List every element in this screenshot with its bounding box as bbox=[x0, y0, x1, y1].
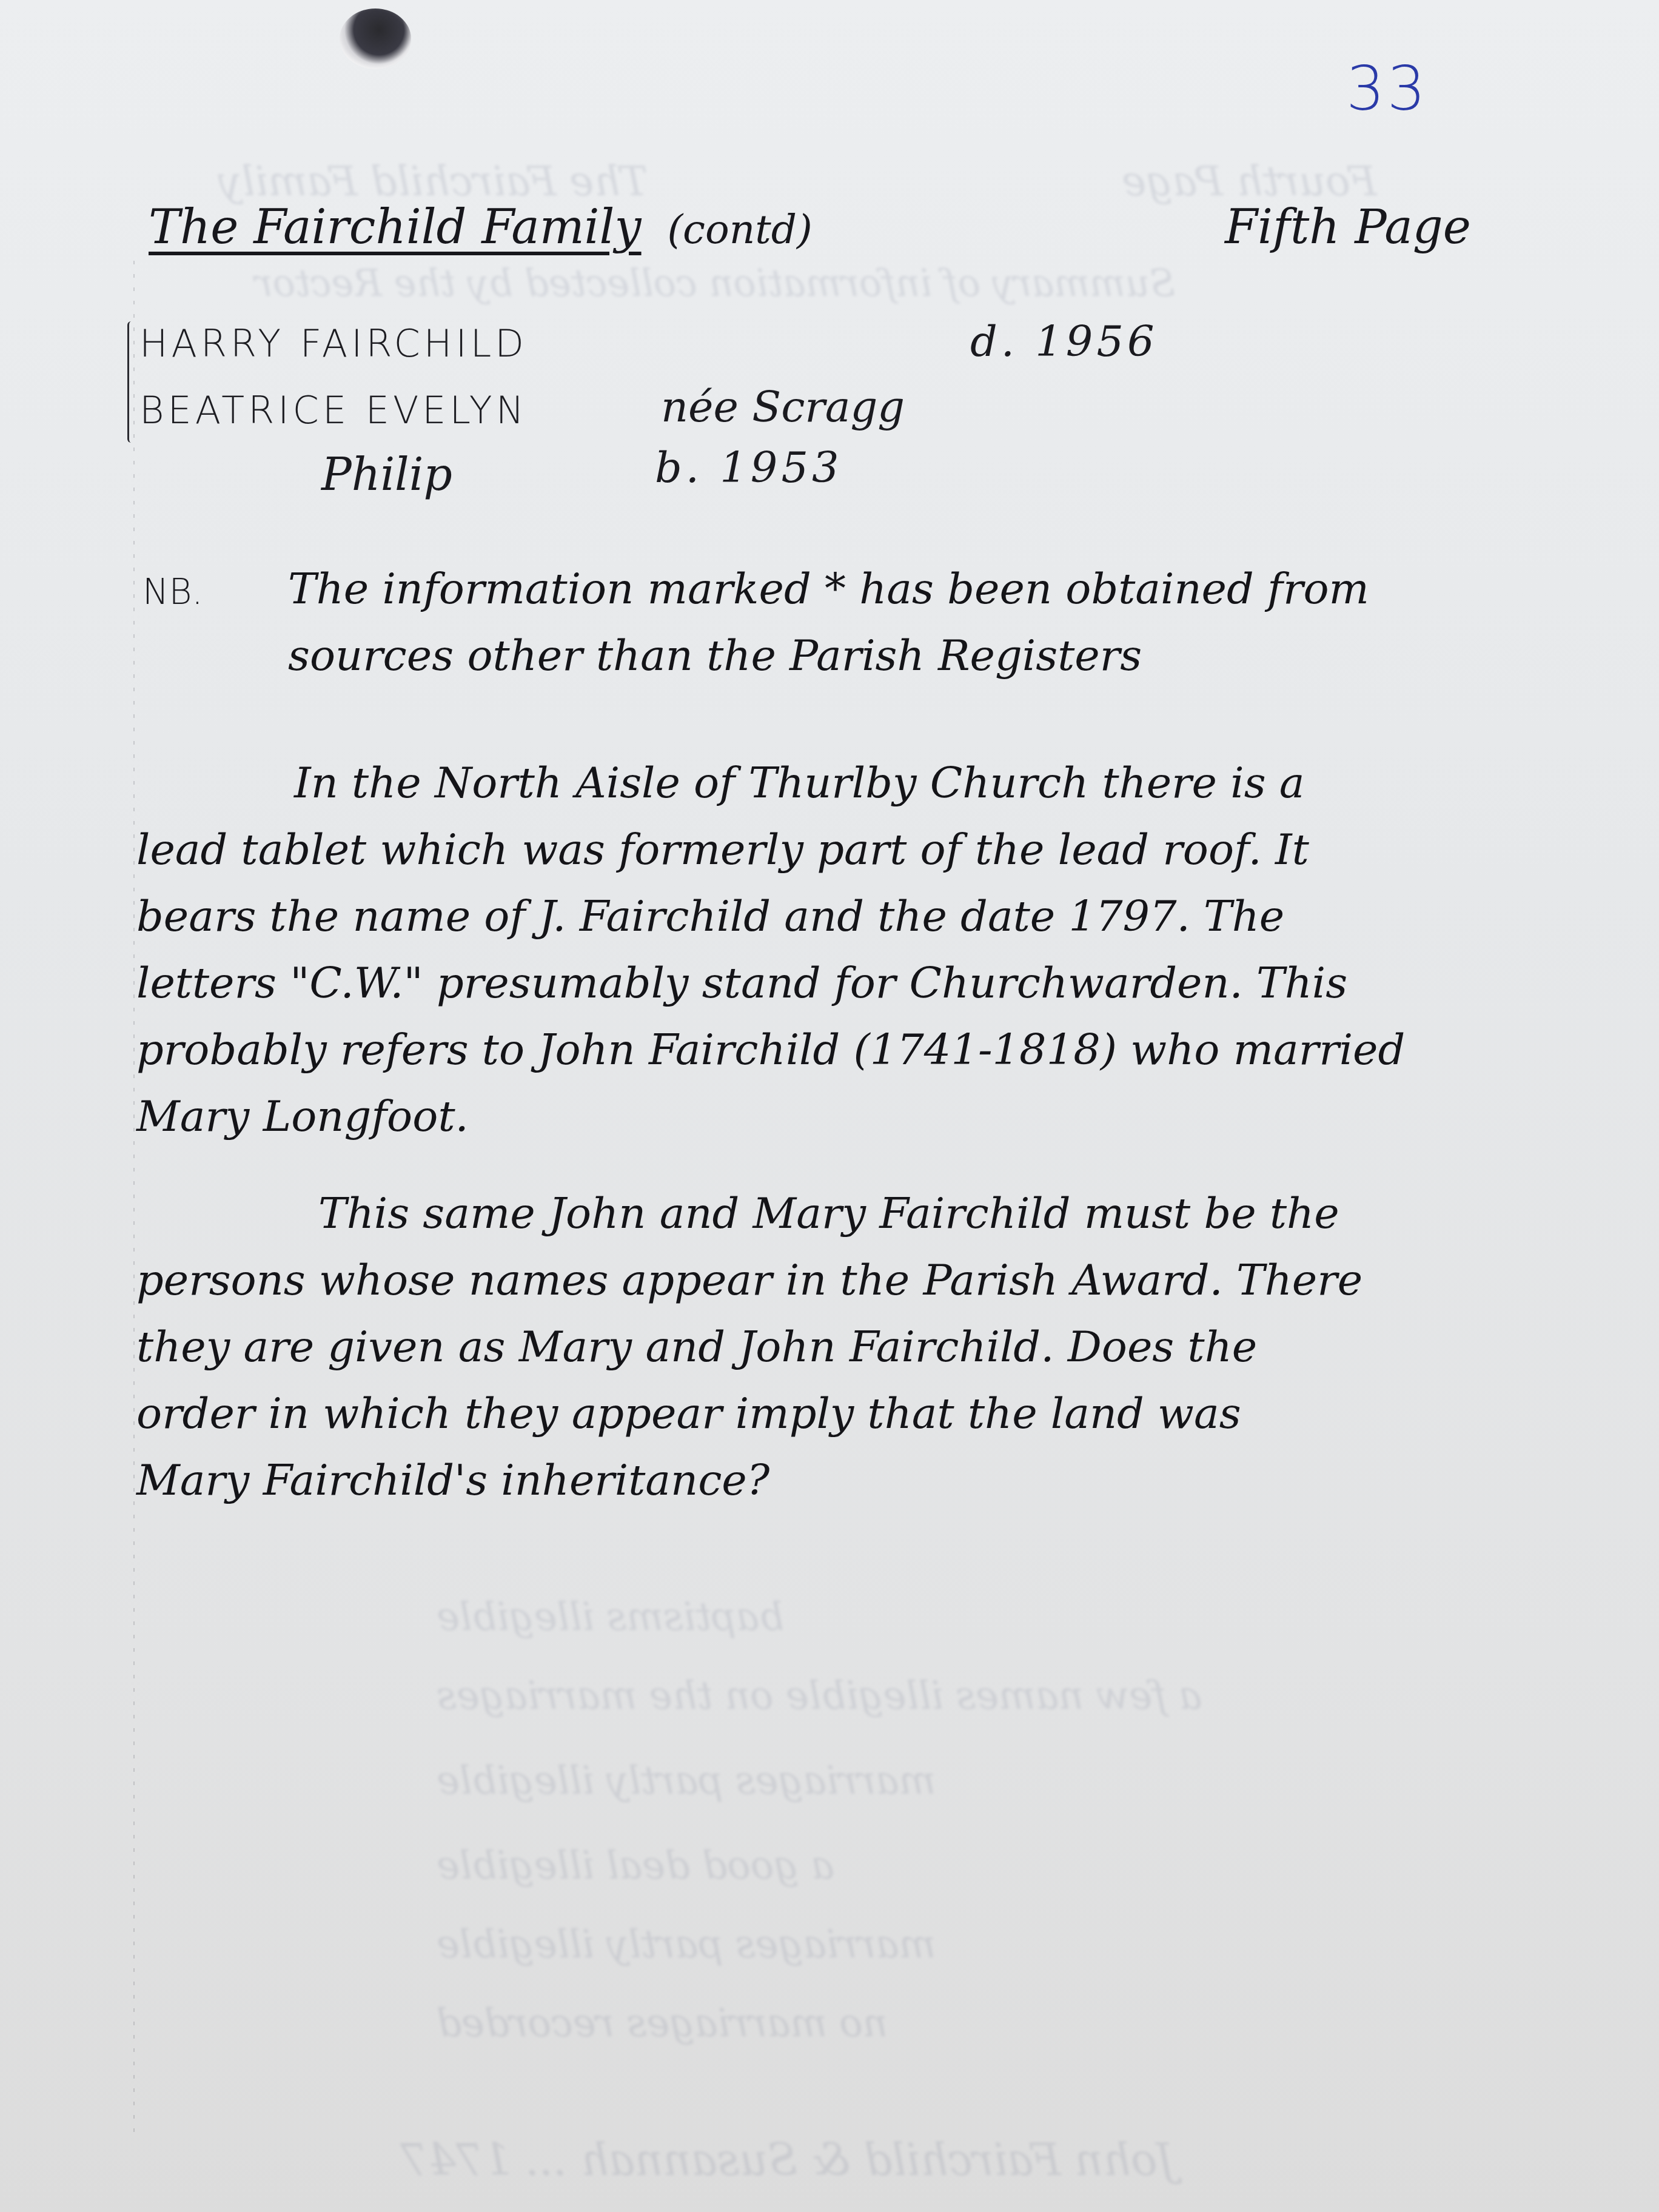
paragraph-line: persons whose names appear in the Parish… bbox=[136, 1255, 1362, 1305]
title-suffix: (contd) bbox=[667, 206, 812, 253]
bleed-line: The Fairchild Family bbox=[218, 158, 648, 206]
paragraph-line: probably refers to John Fairchild (1741-… bbox=[136, 1025, 1405, 1074]
wife-name: BEATRICE EVELYN bbox=[139, 388, 528, 432]
bleed-line: a few names illegible on the marriages bbox=[437, 1674, 1202, 1718]
bracket-mark bbox=[127, 321, 136, 443]
bleed-line: marriages partly illegible bbox=[437, 1922, 936, 1967]
husband-name: HARRY FAIRCHILD bbox=[139, 321, 528, 366]
husband-death-note: d. 1956 bbox=[970, 317, 1158, 366]
paragraph-line: they are given as Mary and John Fairchil… bbox=[136, 1322, 1257, 1372]
page-title: The Fairchild Family (contd) bbox=[149, 200, 813, 255]
page-number: 33 bbox=[1346, 53, 1428, 124]
child-name: Philip bbox=[321, 449, 452, 501]
nb-line: sources other than the Parish Registers bbox=[288, 631, 1142, 680]
bleed-line: a good deal illegible bbox=[437, 1843, 834, 1888]
paragraph-line: letters "C.W." presumably stand for Chur… bbox=[136, 958, 1347, 1008]
paragraph-line: bears the name of J. Fairchild and the d… bbox=[136, 891, 1284, 941]
paragraph-line: order in which they appear imply that th… bbox=[136, 1389, 1241, 1438]
paragraph-line: In the North Aisle of Thurlby Church the… bbox=[294, 758, 1305, 808]
paragraph-line: This same John and Mary Fairchild must b… bbox=[318, 1188, 1339, 1238]
bleed-line: marriages partly illegible bbox=[437, 1758, 936, 1803]
title-text: The Fairchild Family bbox=[149, 200, 642, 255]
wife-maiden-name: née Scragg bbox=[661, 382, 905, 432]
nb-line: The information marked * has been obtain… bbox=[288, 564, 1369, 614]
bleed-line: John Fairchild & Susannah ... 1747 bbox=[400, 2134, 1175, 2185]
nb-label: NB. bbox=[142, 571, 203, 612]
margin-rule bbox=[133, 261, 135, 2140]
page-label: Fifth Page bbox=[1225, 200, 1471, 255]
bleed-line: Fourth Page bbox=[1122, 158, 1376, 206]
hole-punch bbox=[340, 8, 411, 69]
paragraph-line: Mary Fairchild's inheritance? bbox=[136, 1455, 769, 1505]
paragraph-line: Mary Longfoot. bbox=[136, 1091, 469, 1141]
bleed-line: Summary of information collected by the … bbox=[255, 261, 1175, 305]
bleed-line: no marriages recorded bbox=[437, 2001, 888, 2046]
child-birth-note: b. 1953 bbox=[655, 443, 842, 492]
document-page: The Fairchild Family Fourth Page Summary… bbox=[0, 0, 1659, 2212]
paragraph-line: lead tablet which was formerly part of t… bbox=[136, 825, 1309, 874]
bleed-line: baptisms illegible bbox=[437, 1595, 784, 1640]
